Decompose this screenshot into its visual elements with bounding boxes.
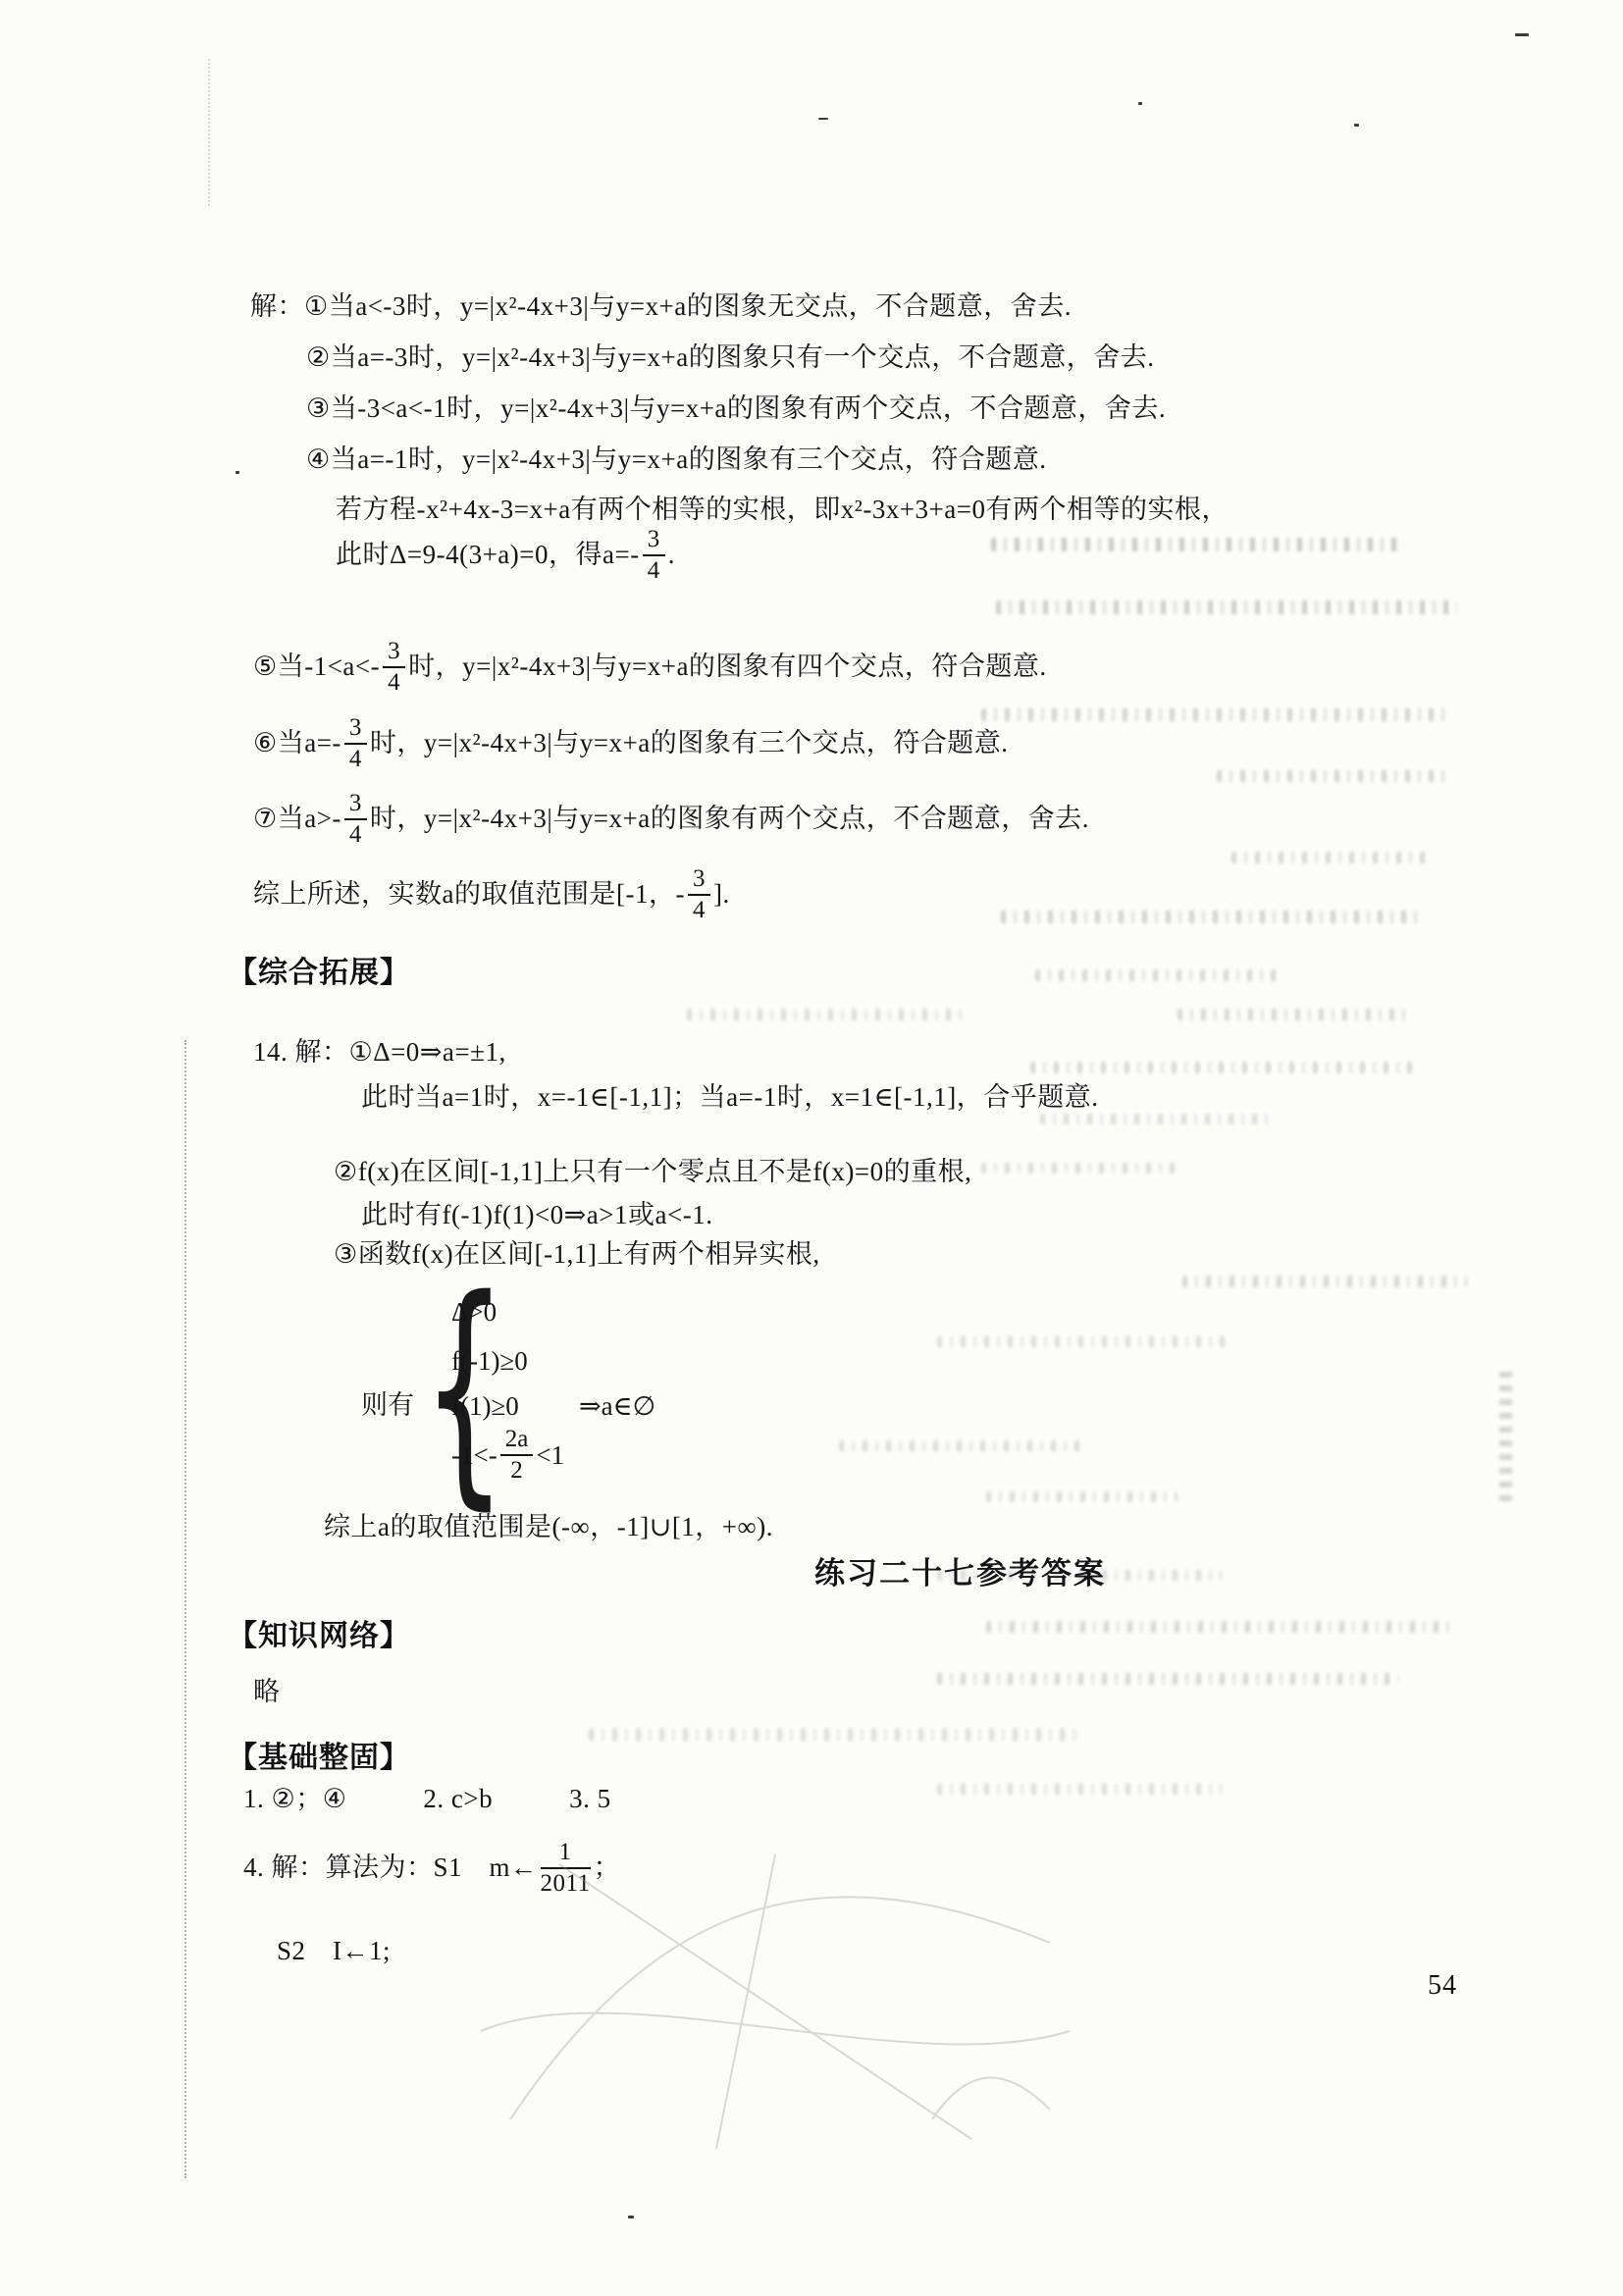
system-result: ⇒a∈∅ xyxy=(579,1391,655,1422)
solution-line-6-post: . xyxy=(668,539,675,572)
bleed-through-artifact xyxy=(937,1336,1231,1347)
fraction-denominator: 4 xyxy=(688,896,710,923)
system-condition-1: Δ>0 xyxy=(451,1297,497,1328)
answer-item-4-step2: S2 I←1; xyxy=(277,1935,391,1968)
bleed-through-artifact xyxy=(986,1491,1178,1502)
fraction: 12011 xyxy=(541,1840,591,1898)
solution-line-3: ③当-3<a<-1时，y=|x²-4x+3|与y=x+a的图象有两个交点，不合题… xyxy=(306,392,1166,426)
solution-line-7: ⑤当-1<a<-34时，y=|x²-4x+3|与y=x+a的图象有四个交点，符合… xyxy=(253,632,1047,703)
system-condition-3: f(1)≥0 xyxy=(451,1391,519,1422)
fraction: 34 xyxy=(344,715,367,773)
solution-line-8: ⑥当a=-34时，y=|x²-4x+3|与y=x+a的图象有三个交点，符合题意. xyxy=(253,708,1008,779)
answer-items-row: 1. ②；④2. c>b3. 5 xyxy=(243,1783,611,1816)
knowledge-network-body: 略 xyxy=(253,1676,281,1709)
bleed-through-artifact xyxy=(1040,1114,1276,1124)
condition-system: 则有 { Δ>0 f(-1)≥0 f(1)≥0 -1<-2a2<1 ⇒a∈∅ xyxy=(361,1283,871,1519)
fraction-denominator: 4 xyxy=(344,820,367,848)
fraction-numerator: 3 xyxy=(643,527,665,556)
bleed-through-artifact xyxy=(839,1440,1084,1451)
solution-conclusion-line: 综上所述，实数a的取值范围是[-1，-34]. xyxy=(253,860,730,930)
answer-item-2: 2. c>b xyxy=(423,1784,493,1813)
page-number: 54 xyxy=(1428,1970,1457,2002)
solution-line-9: ⑦当a>-34时，y=|x²-4x+3|与y=x+a的图象有两个交点，不合题意，… xyxy=(253,784,1089,855)
heading-comprehensive-extension: 【综合拓展】 xyxy=(228,948,410,991)
answer-item-4-post: ； xyxy=(594,1852,621,1885)
fraction-denominator: 2 xyxy=(500,1456,534,1484)
bleed-through-artifact xyxy=(1178,1009,1413,1020)
bleed-through-artifact xyxy=(1035,969,1281,981)
fraction: 34 xyxy=(344,791,367,849)
solution-line-9-pre: ⑦当a>- xyxy=(253,803,341,836)
system-condition-4-pre: -1<- xyxy=(451,1440,497,1471)
fraction: 34 xyxy=(383,639,405,697)
bleed-through-artifact xyxy=(986,1621,1457,1633)
heading-basic-consolidation: 【基础整固】 xyxy=(228,1733,410,1776)
scan-speck xyxy=(1354,124,1359,127)
bleed-through-artifact xyxy=(937,1784,1222,1795)
fraction-numerator: 3 xyxy=(344,715,367,745)
scanned-page: 解：①当a<-3时，y=|x²-4x+3|与y=x+a的图象无交点，不合题意，舍… xyxy=(0,0,1623,2296)
solution-line-7-pre: ⑤当-1<a<- xyxy=(253,651,380,684)
problem14-line-2: 此时当a=1时，x=-1∈[-1,1]；当a=-1时，x=1∈[-1,1]，合乎… xyxy=(361,1081,1099,1115)
answer-item-4-pre: 4. 解：算法为：S1 m← xyxy=(243,1852,538,1885)
scan-speck xyxy=(818,118,828,120)
solution-line-4: ④当a=-1时，y=|x²-4x+3|与y=x+a的图象有三个交点，符合题意. xyxy=(306,444,1046,477)
problem14-line-3: ②f(x)在区间[-1,1]上只有一个零点且不是f(x)=0的重根, xyxy=(334,1156,971,1189)
heading-knowledge-network: 【知识网络】 xyxy=(228,1611,410,1654)
bleed-through-artifact xyxy=(589,1729,1079,1741)
system-condition-4: -1<-2a2<1 xyxy=(451,1421,564,1489)
answer-item-4: 4. 解：算法为：S1 m←12011； xyxy=(243,1833,620,1904)
fraction-numerator: 1 xyxy=(541,1840,591,1869)
bleed-through-artifact xyxy=(1001,911,1423,923)
solution-line-1: 解：①当a<-3时，y=|x²-4x+3|与y=x+a的图象无交点，不合题意，舍… xyxy=(250,290,1072,324)
scan-speck xyxy=(1515,33,1529,36)
problem14-line-5: ③函数f(x)在区间[-1,1]上有两个相异实根, xyxy=(334,1238,820,1272)
answer-item-3: 3. 5 xyxy=(569,1784,611,1813)
solution-line-6-pre: 此时Δ=9-4(3+a)=0，得a=- xyxy=(336,539,640,572)
problem14-line-4: 此时有f(-1)f(1)<0⇒a>1或a<-1. xyxy=(361,1199,712,1232)
bleed-through-artifact xyxy=(937,1673,1398,1685)
fraction-denominator: 2011 xyxy=(541,1869,591,1897)
solution-line-9-post: 时，y=|x²-4x+3|与y=x+a的图象有两个交点，不合题意，舍去. xyxy=(370,803,1089,836)
fraction-numerator: 2a xyxy=(500,1427,534,1456)
fraction: 2a2 xyxy=(500,1427,534,1485)
bleed-through-artifact xyxy=(1182,1276,1467,1287)
scan-speck xyxy=(236,471,239,474)
bleed-through-artifact xyxy=(996,600,1457,614)
fraction: 34 xyxy=(643,527,665,585)
fraction-denominator: 4 xyxy=(643,556,665,584)
scan-speck xyxy=(628,2216,634,2218)
system-condition-4-post: <1 xyxy=(536,1440,564,1471)
bleed-through-artifact xyxy=(687,1009,962,1020)
fraction-numerator: 3 xyxy=(688,866,710,896)
solution-line-6: 此时Δ=9-4(3+a)=0，得a=-34. xyxy=(336,520,675,591)
left-margin-dotted-line xyxy=(184,1040,186,2178)
solution-conclusion-pre: 综上所述，实数a的取值范围是[-1，- xyxy=(253,878,685,912)
left-margin-dotted-line xyxy=(208,59,210,206)
problem14-conclusion-line: 综上a的取值范围是(-∞，-1]∪[1，+∞). xyxy=(324,1511,773,1544)
solution-line-2: ②当a=-3时，y=|x²-4x+3|与y=x+a的图象只有一个交点，不合题意，… xyxy=(306,341,1154,375)
solution-conclusion-post: ]. xyxy=(713,878,730,912)
scan-speck xyxy=(1138,102,1142,105)
solution-line-7-post: 时，y=|x²-4x+3|与y=x+a的图象有四个交点，符合题意. xyxy=(408,651,1047,684)
bleed-through-artifact xyxy=(1030,1062,1413,1073)
bleed-through-artifact xyxy=(1499,1364,1512,1501)
fraction-numerator: 3 xyxy=(383,639,405,668)
fraction-denominator: 4 xyxy=(383,668,405,696)
bleed-through-artifact xyxy=(981,1163,1178,1174)
solution-line-8-post: 时，y=|x²-4x+3|与y=x+a的图象有三个交点，符合题意. xyxy=(370,727,1009,760)
bleed-through-artifact xyxy=(1231,852,1428,863)
bleed-through-artifact xyxy=(981,708,1452,721)
fraction-denominator: 4 xyxy=(344,745,367,772)
system-lead: 则有 xyxy=(361,1383,414,1422)
problem14-line-1: 14. 解：①Δ=0⇒a=±1, xyxy=(253,1036,506,1070)
answers-section-title: 练习二十七参考答案 xyxy=(814,1548,1106,1592)
fraction-numerator: 3 xyxy=(344,791,367,820)
system-condition-2: f(-1)≥0 xyxy=(451,1346,528,1377)
bleed-through-artifact xyxy=(1217,770,1452,782)
solution-line-8-pre: ⑥当a=- xyxy=(253,727,341,760)
fraction: 34 xyxy=(688,866,710,924)
bleed-through-artifact xyxy=(991,538,1403,551)
answer-item-1: 1. ②；④ xyxy=(243,1784,346,1813)
